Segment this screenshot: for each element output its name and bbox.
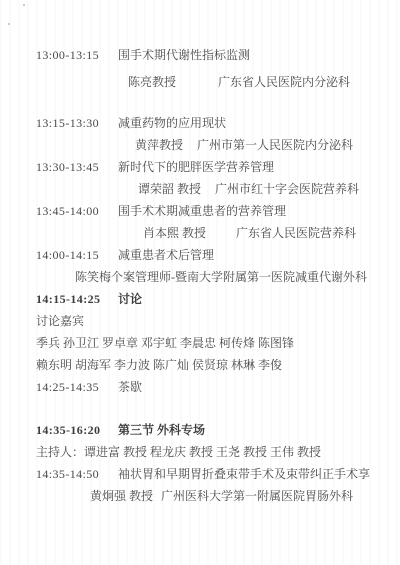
session-row: 13:30-13:45新时代下的肥胖医学营养管理 <box>36 156 392 178</box>
section-title: 第三节 外科专场 <box>118 423 205 437</box>
session-row: 13:00-13:15围手术期代谢性指标监测 <box>36 44 392 66</box>
session-time: 14:35-14:50 <box>36 463 118 485</box>
guest-names-row: 赖东明 胡海军 李力波 陈广灿 侯贤琼 林琳 李俊 <box>36 354 392 376</box>
session-title: 新时代下的肥胖医学营养管理 <box>118 160 274 174</box>
session-time: 14:15-14:25 <box>36 288 118 310</box>
session-title: 讨论 <box>118 292 142 306</box>
session-time: 14:35-16:20 <box>36 419 118 441</box>
scan-speck <box>8 23 10 25</box>
session-row: 13:45-14:00围手术术期减重患者的营养管理 <box>36 200 392 222</box>
session-time: 13:00-13:15 <box>36 44 118 66</box>
session-time: 13:45-14:00 <box>36 200 118 222</box>
session-title: 减重患者术后管理 <box>118 248 214 262</box>
session-row: 13:15-13:30减重药物的应用现状 <box>36 112 392 134</box>
schedule-content: 13:00-13:15围手术期代谢性指标监测 陈亮教授广东省人民医院内分泌科 1… <box>0 0 400 507</box>
session-title: 减重药物的应用现状 <box>118 116 226 130</box>
speaker-name: 肖本熙 教授 <box>143 226 206 240</box>
session-time: 14:25-14:35 <box>36 376 118 398</box>
speaker-row: 黄炯强 教授广州医科大学第一附属医院胃肠外科 <box>36 485 392 507</box>
session-row: 14:35-14:50袖状胃和早期胃折叠束带手术及束带纠正手术享 <box>36 463 392 485</box>
session-title: 袖状胃和早期胃折叠束带手术及束带纠正手术享 <box>118 467 370 481</box>
session-title: 围手术期代谢性指标监测 <box>118 48 250 62</box>
speaker-row: 谭荣韶 教授广州市红十字会医院营养科 <box>36 178 392 200</box>
speaker-affiliation: 广东省人民医院内分泌科 <box>218 75 350 89</box>
scan-speck <box>23 4 25 6</box>
speaker-and-affiliation: 陈笑梅个案管理师-暨南大学附属第一医院减重代谢外科 <box>75 270 367 284</box>
guest-names-row: 季兵 孙卫江 罗卓章 邓宇虹 李晨忠 柯传烽 陈图锋 <box>36 332 392 354</box>
speaker-affiliation: 广东省人民医院营养科 <box>236 226 356 240</box>
guest-names: 季兵 孙卫江 罗卓章 邓宇虹 李晨忠 柯传烽 陈图锋 <box>36 336 294 350</box>
session-time: 14:00-14:15 <box>36 244 118 266</box>
section-header-row: 14:35-16:20第三节 外科专场 <box>36 419 392 441</box>
speaker-name: 黄萍教授 <box>135 138 183 152</box>
session-row-break: 14:25-14:35茶歇 <box>36 376 392 398</box>
session-time: 13:30-13:45 <box>36 156 118 178</box>
speaker-affiliation: 广州市第一人民医院内分泌科 <box>197 138 353 152</box>
discussion-guests-label: 讨论嘉宾 <box>36 310 392 332</box>
speaker-affiliation: 广州市红十字会医院营养科 <box>215 182 359 196</box>
speaker-name: 黄炯强 教授 <box>90 489 153 503</box>
speaker-name: 谭荣韶 教授 <box>138 182 201 196</box>
session-row-discussion: 14:15-14:25讨论 <box>36 288 392 310</box>
session-row: 14:00-14:15减重患者术后管理 <box>36 244 392 266</box>
scanned-schedule-page: 13:00-13:15围手术期代谢性指标监测 陈亮教授广东省人民医院内分泌科 1… <box>0 0 400 565</box>
speaker-row: 黄萍教授广州市第一人民医院内分泌科 <box>36 134 392 156</box>
speaker-row: 肖本熙 教授广东省人民医院营养科 <box>36 222 392 244</box>
hosts-row: 主持人：谭进富 教授 程龙庆 教授 王尧 教授 王伟 教授 <box>36 441 392 463</box>
session-time: 13:15-13:30 <box>36 112 118 134</box>
hosts-text: 主持人：谭进富 教授 程龙庆 教授 王尧 教授 王伟 教授 <box>36 445 321 459</box>
speaker-row: 陈笑梅个案管理师-暨南大学附属第一医院减重代谢外科 <box>36 266 392 288</box>
session-title: 围手术术期减重患者的营养管理 <box>118 204 286 218</box>
speaker-affiliation: 广州医科大学第一附属医院胃肠外科 <box>161 489 353 503</box>
session-title: 茶歇 <box>118 380 142 394</box>
speaker-name: 陈亮教授 <box>128 75 176 89</box>
guest-names: 赖东明 胡海军 李力波 陈广灿 侯贤琼 林琳 李俊 <box>36 358 282 372</box>
speaker-row: 陈亮教授广东省人民医院内分泌科 <box>36 71 392 93</box>
